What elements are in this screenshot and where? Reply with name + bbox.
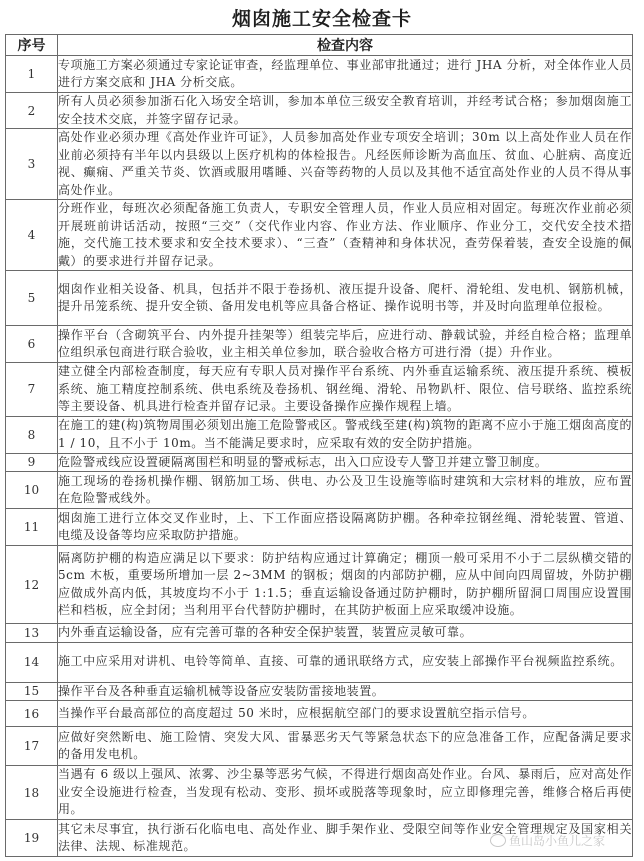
row-content: 烟囱施工进行立体交叉作业时，上、下工作面应搭设隔离防护棚。各种牵拉钢丝绳、滑轮装…: [58, 509, 633, 546]
row-content: 危险警戒线应设置硬隔离围栏和明显的警戒标志，出入口应设专人警卫并建立警卫制度。: [58, 453, 633, 472]
row-number: 4: [6, 200, 58, 271]
row-number: 13: [6, 624, 58, 643]
table-row: 8在施工的建(构)筑物周围必须划出施工危险警戒区。警戒线至建(构)筑物的距离不应…: [6, 416, 633, 453]
row-content: 分班作业，每班次必须配备施工负责人，专职安全管理人员，作业人员应相对固定。每班次…: [58, 200, 633, 271]
table-row: 3高处作业必须办理《高处作业许可证》，人员参加高处作业专项安全培训；30m 以上…: [6, 129, 633, 200]
table-row: 6操作平台（含砌筑平台、内外提升挂架等）组装完毕后，应进行动、静载试验，并经自检…: [6, 326, 633, 363]
row-number: 12: [6, 546, 58, 624]
row-number: 3: [6, 129, 58, 200]
row-content: 应做好突然断电、施工险情、突发大风、雷暴恶劣天气等紧急状态下的应急准备工作，应配…: [58, 727, 633, 766]
row-number: 6: [6, 326, 58, 363]
table-row: 14施工中应采用对讲机、电铃等简单、直接、可靠的通讯联络方式，应安装上部操作平台…: [6, 642, 633, 682]
row-content: 操作平台（含砌筑平台、内外提升挂架等）组装完毕后，应进行动、静载试验，并经自检合…: [58, 326, 633, 363]
row-number: 9: [6, 453, 58, 472]
table-row: 16当操作平台最高部位的高度超过 50 米时，应根据航空部门的要求设置航空指示信…: [6, 701, 633, 727]
row-content: 当遇有 6 级以上强风、浓雾、沙尘暴等恶劣气候，不得进行烟囱高处作业。台风、暴雨…: [58, 766, 633, 820]
table-row: 7建立健全内部检查制度，每天应有专职人员对操作平台系统、内外垂直运输系统、液压提…: [6, 363, 633, 417]
row-content: 隔离防护棚的构造应满足以下要求：防护结构应通过计算确定；棚顶一般可采用不小于二层…: [58, 546, 633, 624]
row-number: 15: [6, 682, 58, 701]
column-header-content: 检查内容: [58, 35, 633, 56]
row-content: 所有人员必须参加浙石化入场安全培训，参加本单位三级安全教育培训，并经考试合格；参…: [58, 93, 633, 129]
row-number: 10: [6, 472, 58, 509]
table-row: 10施工现场的卷扬机操作棚、钢筋加工场、供电、办公及卫生设施等临时建筑和大宗材料…: [6, 472, 633, 509]
row-content: 施工现场的卷扬机操作棚、钢筋加工场、供电、办公及卫生设施等临时建筑和大宗材料的堆…: [58, 472, 633, 509]
table-row: 12隔离防护棚的构造应满足以下要求：防护结构应通过计算确定；棚顶一般可采用不小于…: [6, 546, 633, 624]
table-row: 13内外垂直运输设备，应有完善可靠的各种安全保护装置，装置应灵敏可靠。: [6, 624, 633, 643]
table-header-row: 序号 检查内容: [6, 35, 633, 56]
row-content: 内外垂直运输设备，应有完善可靠的各种安全保护装置，装置应灵敏可靠。: [58, 624, 633, 643]
table-row: 11烟囱施工进行立体交叉作业时，上、下工作面应搭设隔离防护棚。各种牵拉钢丝绳、滑…: [6, 509, 633, 546]
table-row: 18当遇有 6 级以上强风、浓雾、沙尘暴等恶劣气候，不得进行烟囱高处作业。台风、…: [6, 766, 633, 820]
table-row: 1专项施工方案必须通过专家论证审查，经监理单位、事业部审批通过；进行 JHA 分…: [6, 56, 633, 93]
row-number: 14: [6, 642, 58, 682]
table-row: 4分班作业，每班次必须配备施工负责人，专职安全管理人员，作业人员应相对固定。每班…: [6, 200, 633, 271]
watermark: 鱼山岛小鱼儿之家: [490, 832, 605, 849]
row-number: 2: [6, 93, 58, 129]
row-number: 8: [6, 416, 58, 453]
table-row: 5烟囱作业相关设备、机具，包括并不限于卷扬机、液压提升设备、爬杆、滑轮组、发电机…: [6, 271, 633, 326]
wechat-icon: [490, 834, 506, 847]
row-number: 11: [6, 509, 58, 546]
table-row: 17应做好突然断电、施工险情、突发大风、雷暴恶劣天气等紧急状态下的应急准备工作，…: [6, 727, 633, 766]
safety-checklist-table: 序号 检查内容 1专项施工方案必须通过专家论证审查，经监理单位、事业部审批通过；…: [5, 34, 633, 857]
row-content: 高处作业必须办理《高处作业许可证》，人员参加高处作业专项安全培训；30m 以上高…: [58, 129, 633, 200]
row-number: 16: [6, 701, 58, 727]
row-number: 19: [6, 820, 58, 857]
table-row: 15操作平台及各种垂直运输机械等设备应安装防雷接地装置。: [6, 682, 633, 701]
row-number: 17: [6, 727, 58, 766]
row-content: 烟囱作业相关设备、机具，包括并不限于卷扬机、液压提升设备、爬杆、滑轮组、发电机、…: [58, 271, 633, 326]
row-content: 专项施工方案必须通过专家论证审查，经监理单位、事业部审批通过；进行 JHA 分析…: [58, 56, 633, 93]
row-number: 5: [6, 271, 58, 326]
row-content: 操作平台及各种垂直运输机械等设备应安装防雷接地装置。: [58, 682, 633, 701]
row-content: 建立健全内部检查制度，每天应有专职人员对操作平台系统、内外垂直运输系统、液压提升…: [58, 363, 633, 417]
row-content: 当操作平台最高部位的高度超过 50 米时，应根据航空部门的要求设置航空指示信号。: [58, 701, 633, 727]
column-header-number: 序号: [6, 35, 58, 56]
row-number: 1: [6, 56, 58, 93]
watermark-text: 鱼山岛小鱼儿之家: [509, 832, 605, 849]
row-content: 在施工的建(构)筑物周围必须划出施工危险警戒区。警戒线至建(构)筑物的距离不应小…: [58, 416, 633, 453]
row-content: 施工中应采用对讲机、电铃等简单、直接、可靠的通讯联络方式，应安装上部操作平台视频…: [58, 642, 633, 682]
table-row: 2所有人员必须参加浙石化入场安全培训，参加本单位三级安全教育培训，并经考试合格；…: [6, 93, 633, 129]
row-number: 18: [6, 766, 58, 820]
table-row: 9危险警戒线应设置硬隔离围栏和明显的警戒标志，出入口应设专人警卫并建立警卫制度。: [6, 453, 633, 472]
page-title: 烟囱施工安全检查卡: [0, 4, 644, 31]
row-number: 7: [6, 363, 58, 417]
